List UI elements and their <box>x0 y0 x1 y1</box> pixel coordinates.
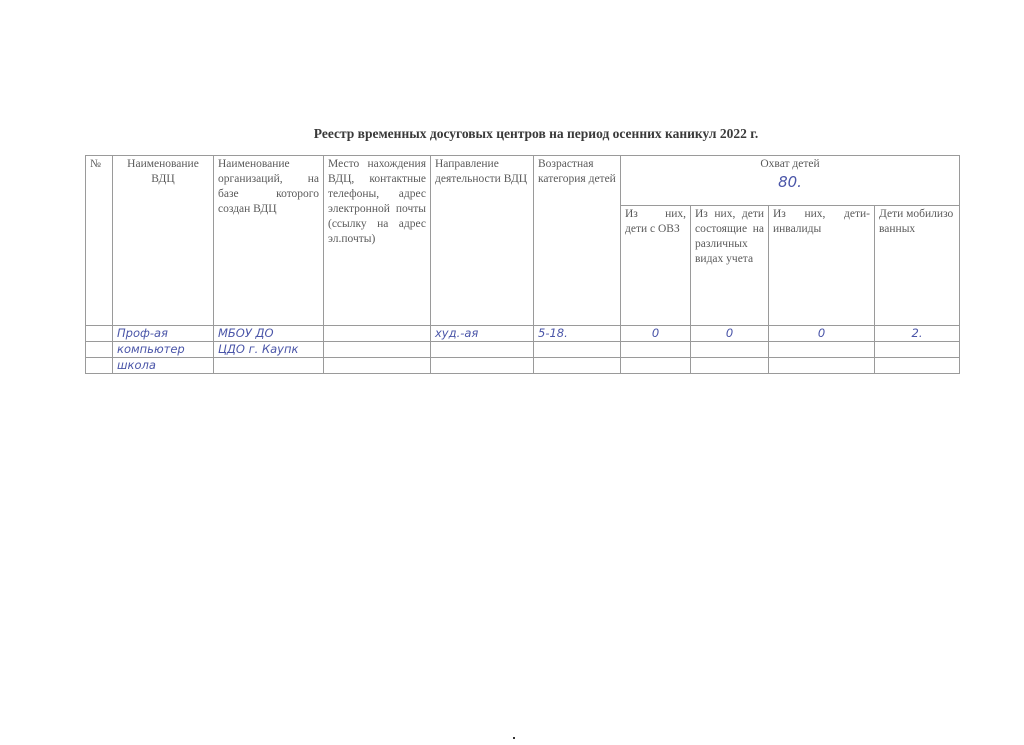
cell-num <box>86 326 113 342</box>
cell-name-line2: компьютер <box>113 342 214 358</box>
header-coverage: Охват детей 80. <box>621 156 960 206</box>
header-name: Наименование ВДЦ <box>113 156 214 326</box>
header-direction: Направление деятельности ВДЦ <box>431 156 534 326</box>
scan-speck <box>513 737 515 739</box>
header-location: Место нахождения ВДЦ, контактные телефон… <box>324 156 431 326</box>
registry-table: № Наименование ВДЦ Наименование организа… <box>85 155 960 374</box>
cell-age: 5-18. <box>534 326 621 342</box>
header-disabled: Из них, дети-инвалиды <box>769 206 875 326</box>
header-num: № <box>86 156 113 326</box>
header-registered: Из них, дети состоящие на различных вида… <box>691 206 769 326</box>
table-row: школа <box>86 358 960 374</box>
cell-ovz: 0 <box>621 326 691 342</box>
header-age: Возрастная категория детей <box>534 156 621 326</box>
cell-name-line1: Проф-ая <box>113 326 214 342</box>
header-ovz: Из них, дети с ОВЗ <box>621 206 691 326</box>
cell-registered: 0 <box>691 326 769 342</box>
header-org: Наименование организаций, на базе которо… <box>214 156 324 326</box>
cell-org-line2: ЦДО г. Каупк <box>214 342 324 358</box>
cell-name-line3: школа <box>113 358 214 374</box>
header-coverage-label: Охват детей <box>760 158 819 170</box>
cell-org-line1: МБОУ ДО <box>214 326 324 342</box>
coverage-total-value: 80. <box>625 175 955 190</box>
document-title: Реестр временных досуговых центров на пе… <box>0 126 1024 142</box>
cell-direction: худ.-ая <box>431 326 534 342</box>
table-row: Проф-ая МБОУ ДО худ.-ая 5-18. 0 0 0 2. <box>86 326 960 342</box>
cell-location <box>324 326 431 342</box>
cell-mobilized: 2. <box>875 326 960 342</box>
table-row: компьютер ЦДО г. Каупк <box>86 342 960 358</box>
cell-disabled: 0 <box>769 326 875 342</box>
header-mobilized: Дети мобилизованных <box>875 206 960 326</box>
